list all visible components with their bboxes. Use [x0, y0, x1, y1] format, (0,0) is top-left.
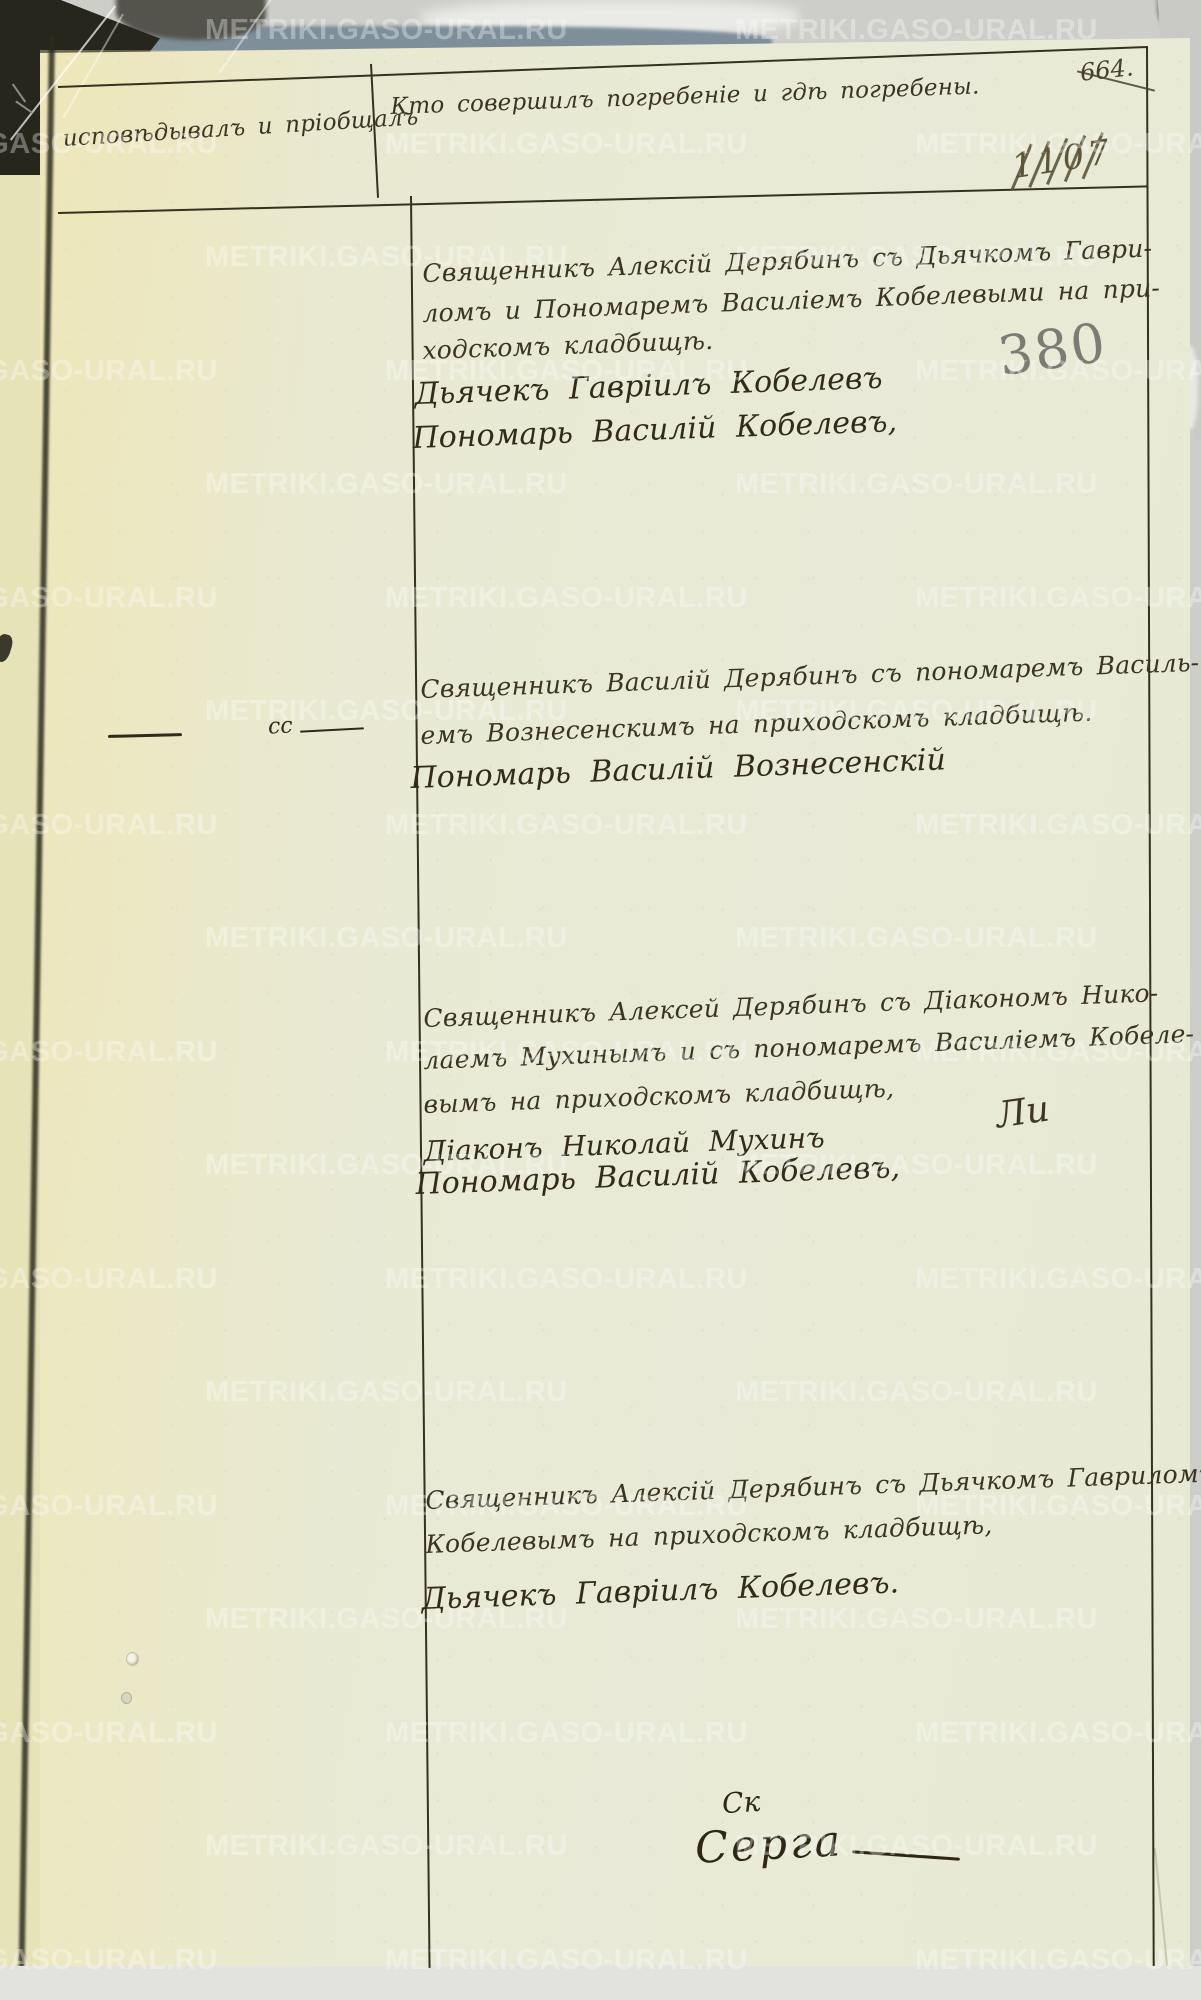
scan-bottom-margin — [0, 1966, 1201, 2000]
bottom-note: Ск — [721, 1785, 761, 1821]
margin-flourish: Ли — [993, 1088, 1051, 1136]
scanned-metric-book-page: исповѣдывалъ и пріобщалъ Кто совершилъ п… — [0, 0, 1201, 2000]
paper-hole — [126, 1652, 139, 1666]
paper-tint — [40, 50, 340, 1968]
ditto-mark: сс — [267, 713, 293, 739]
paper-hole — [121, 1692, 132, 1704]
bottom-note: Серга — [694, 1816, 845, 1874]
